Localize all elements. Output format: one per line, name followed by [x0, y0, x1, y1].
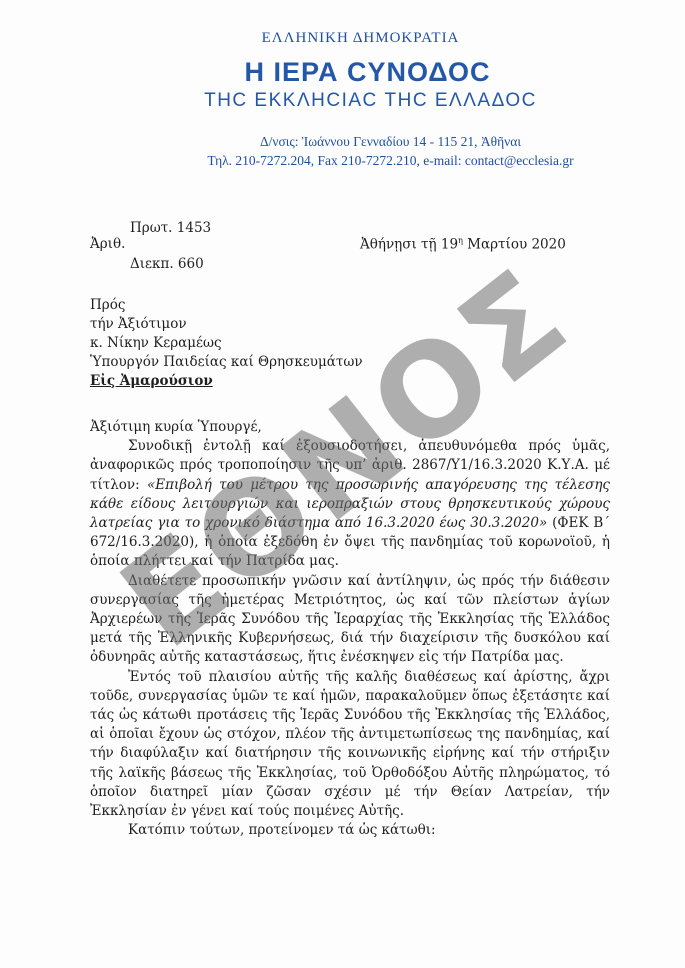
header-contact: Τηλ. 210-7272.204, Fax 210-7272.210, e-m…: [48, 153, 685, 169]
paragraph-4: Κατόπιν τούτων, προτείνομεν τά ὡς κάτωθι…: [90, 821, 610, 840]
paragraph-2: Διαθέτετε προσωπικήν γνῶσιν καί ἀντίληψι…: [90, 572, 610, 668]
dispatch-number: Διεκπ. 660: [130, 256, 204, 272]
recipient-title: Ὑπουργόν Παιδείας καί Θρησκευμάτων: [90, 354, 363, 370]
recipient-line: Πρός: [90, 297, 125, 313]
document-date: Ἀθήνῃσι τῇ 19η Μαρτίου 2020: [360, 236, 566, 253]
decree-title: «Επιβολή του μέτρου της προσωρινής απαγό…: [90, 477, 610, 531]
letter-body: Ἀξιότιμη κυρία Ὑπουργέ, Συνοδικῇ ἐντολῇ …: [90, 418, 610, 840]
protocol-number: Πρωτ. 1453: [130, 220, 211, 236]
header-church-subtitle: ΤΗC ΕΚΚΛΗCΙΑC ΤΗC ΕΛΛΑΔΟC: [28, 90, 685, 112]
header-synod-title: Η ΙΕΡΑ CΥΝΟΔΟC: [25, 57, 685, 88]
salutation: Ἀξιότιμη κυρία Ὑπουργέ,: [90, 418, 610, 437]
paragraph-1: Συνοδικῇ ἐντολῇ καί ἐξουσιοδοτήσει, ἀπευ…: [90, 437, 610, 571]
header-republic: ΕΛΛΗΝΙΚΗ ΔΗΜΟΚΡΑΤΙΑ: [18, 30, 685, 47]
document-page: ΕΛΛΗΝΙΚΗ ΔΗΜΟΚΡΑΤΙΑ Η ΙΕΡΑ CΥΝΟΔΟC ΤΗC Ε…: [0, 0, 685, 968]
reference-label: Ἀριθ.: [90, 236, 125, 252]
recipient-name: κ. Νίκην Κεραμέως: [90, 335, 222, 351]
recipient-line: τήν Ἀξιότιμον: [90, 316, 187, 332]
recipient-location: Εἰς Ἀμαρούσιον: [90, 373, 213, 389]
header-address: Δ/νσις: Ἰωάννου Γενναδίου 14 - 115 21, Ἀ…: [48, 134, 685, 150]
paragraph-3: Ἐντός τοῦ πλαισίου αὐτῆς τῆς καλῆς διαθέ…: [90, 668, 610, 822]
